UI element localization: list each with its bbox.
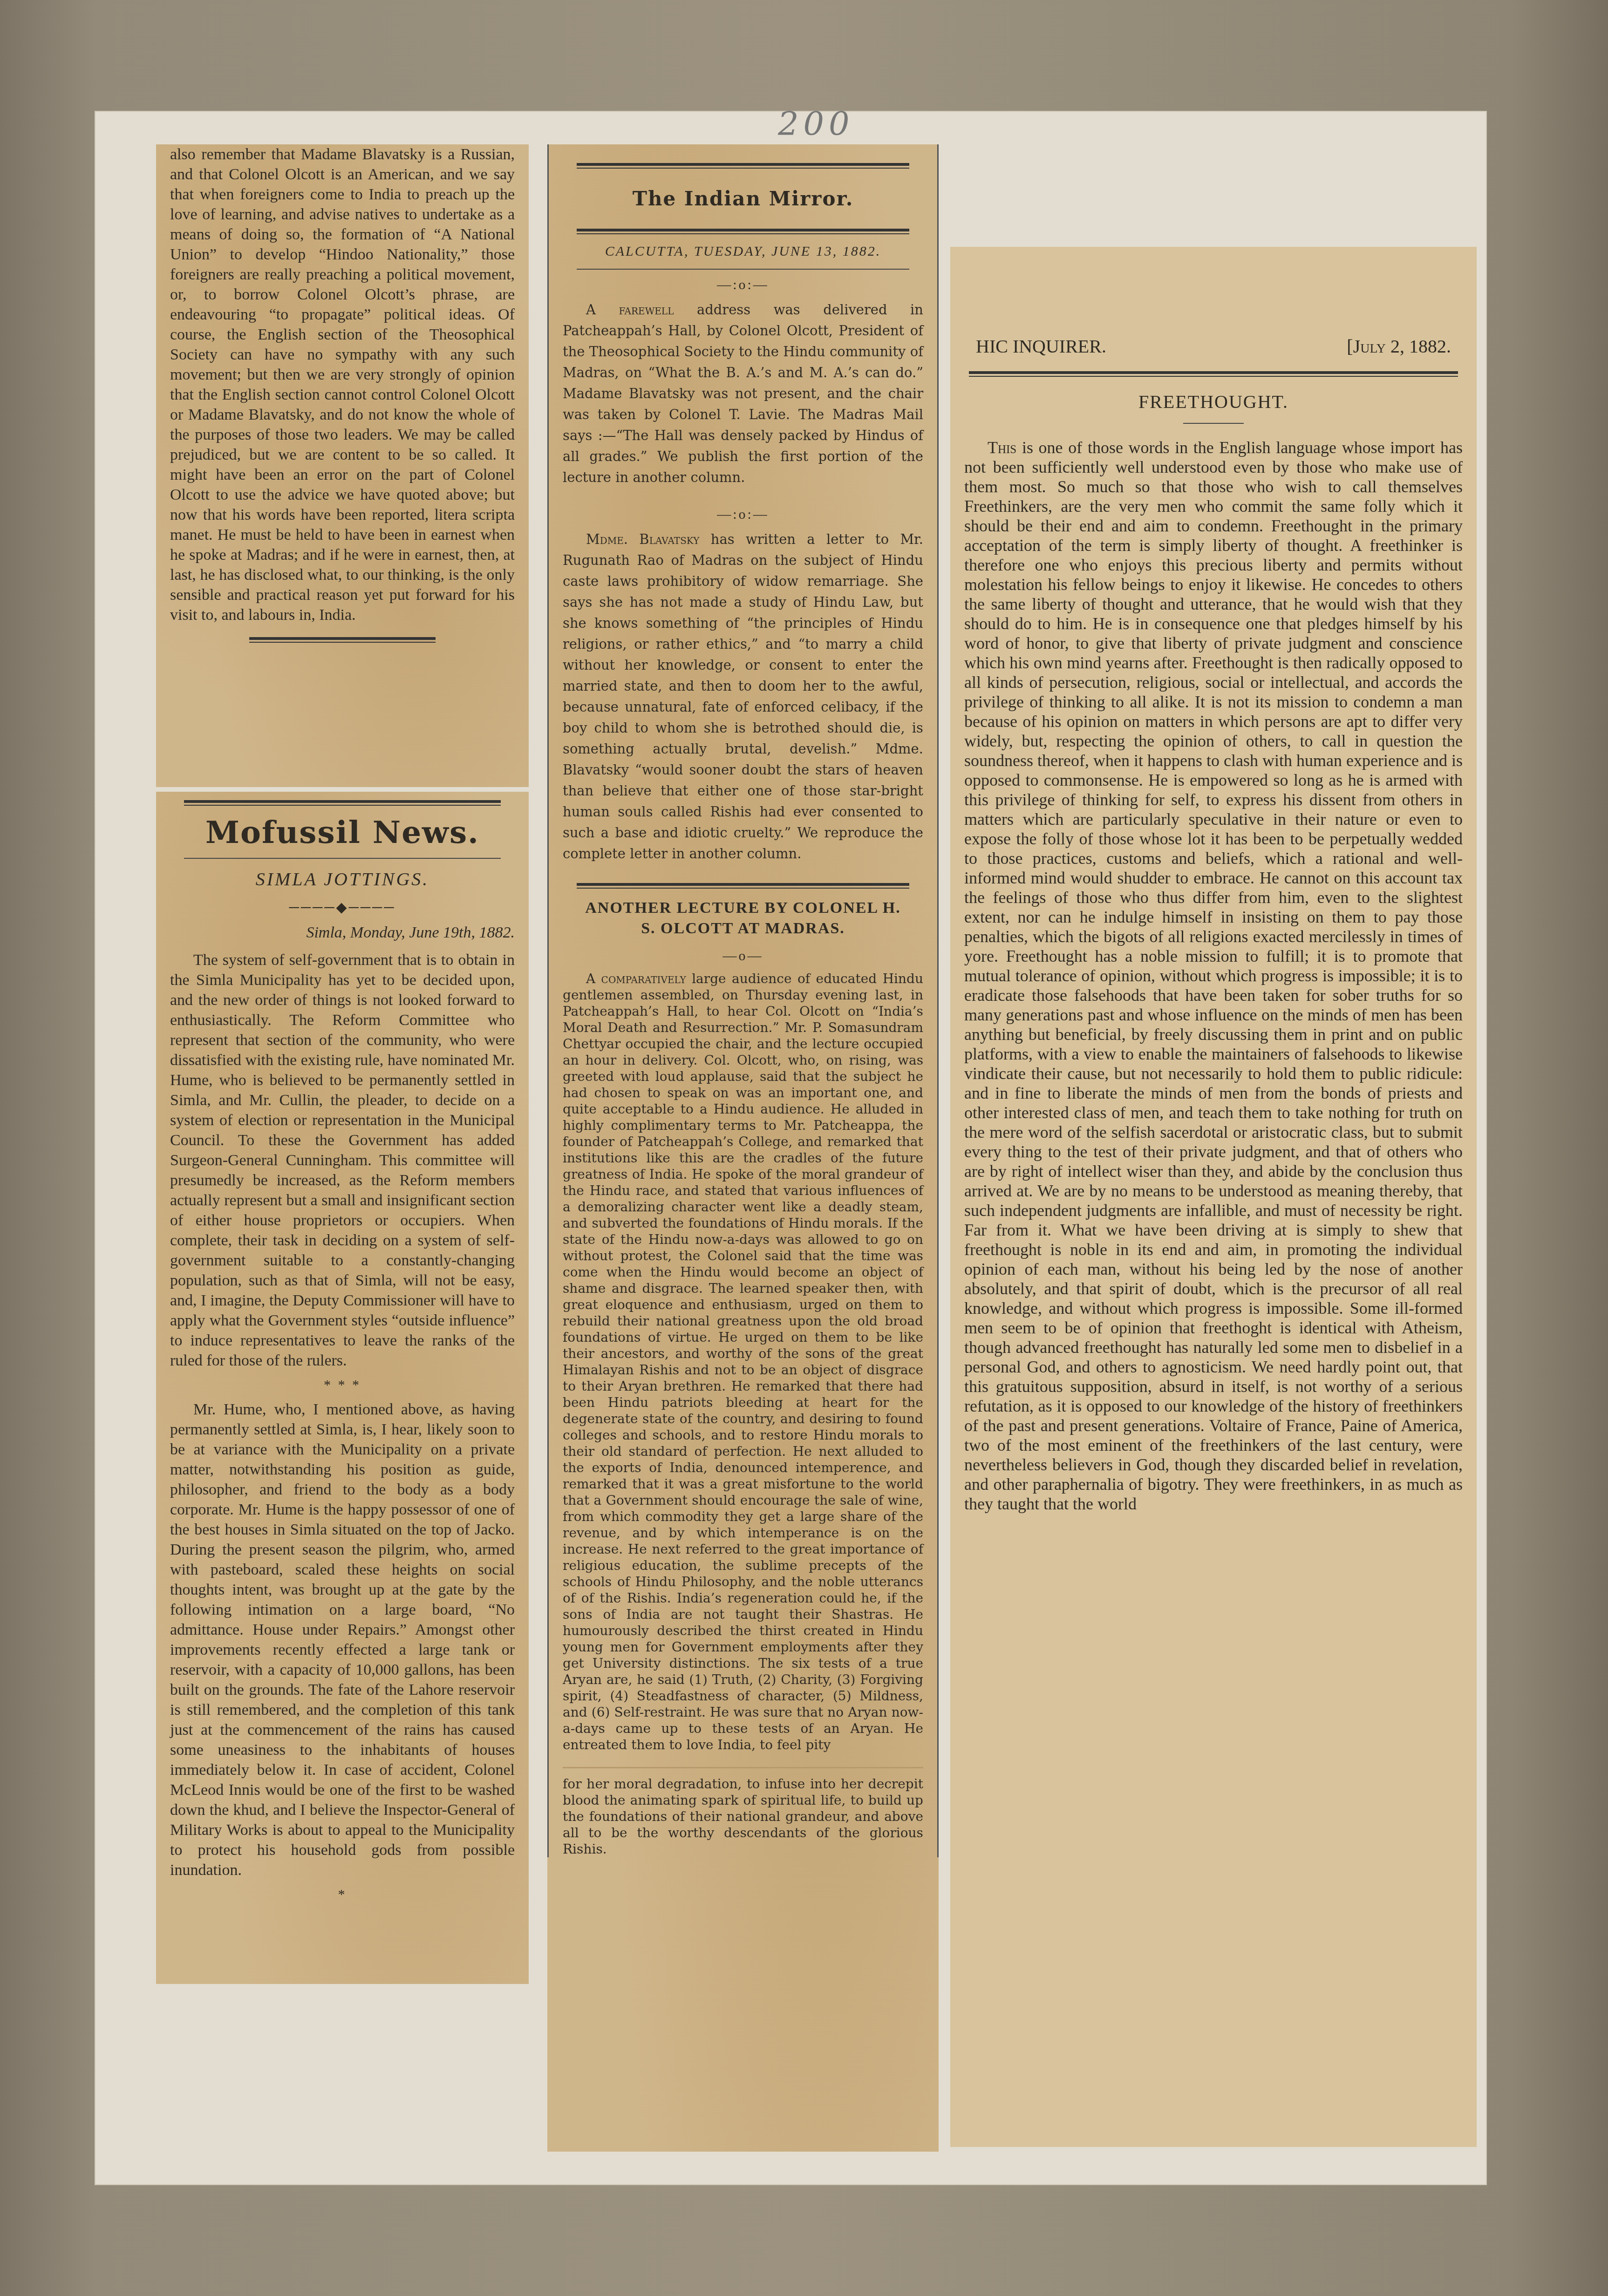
clipping-indian-mirror: The Indian Mirror. CALCUTTA, TUESDAY, JU… (547, 144, 939, 2152)
article-paragraph: The system of self-government that is to… (170, 950, 515, 1371)
running-head-title: HIC INQUIRER. (976, 335, 1106, 357)
double-rule (249, 637, 436, 643)
lecture-headline: ANOTHER LECTURE BY COLONEL H. S. OLCOTT … (577, 898, 909, 939)
double-rule (577, 883, 909, 889)
freethought-article: This is one of those words in the Englis… (964, 438, 1463, 1514)
masthead-mofussil-news: Mofussil News. (170, 814, 515, 850)
clipping-mofussil-news: Mofussil News. SIMLA JOTTINGS. ────◆────… (156, 792, 529, 1984)
double-rule (577, 229, 909, 234)
double-rule (969, 371, 1458, 377)
lead-words: A comparatively (586, 971, 686, 986)
editorial-paragraph: also remember that Madame Blavatsky is a… (170, 144, 515, 625)
short-rule (1183, 423, 1244, 424)
lead-words: This (988, 438, 1016, 457)
lecture-report: A comparatively large audience of educat… (563, 971, 923, 1753)
lead-words: Mdme. Blavatsky (586, 531, 699, 547)
diamond-ornament: ────◆──── (170, 899, 515, 916)
dateline: CALCUTTA, TUESDAY, JUNE 13, 1882. (563, 244, 923, 259)
lead-words: A farewell (586, 302, 674, 318)
ornament: —:o:— (563, 507, 923, 523)
dateline: Simla, Monday, June 19th, 1882. (170, 924, 515, 942)
article-title: FREETHOUGHT. (964, 391, 1463, 413)
double-rule (577, 163, 909, 169)
masthead-indian-mirror: The Indian Mirror. (563, 187, 923, 210)
news-item-blavatsky-letter: Mdme. Blavatsky has written a letter to … (563, 529, 923, 864)
rule (577, 269, 909, 270)
article-paragraph: Mr. Hume, who, I mentioned above, as hav… (170, 1399, 515, 1880)
clipping-theosophy-editorial: also remember that Madame Blavatsky is a… (156, 144, 529, 787)
double-rule (184, 800, 501, 806)
end-mark: * (170, 1887, 515, 1902)
news-item-farewell: A farewell address was delivered in Patc… (563, 299, 923, 488)
ornament: —:o:— (563, 277, 923, 293)
rule (184, 858, 501, 859)
page-number: 200 (778, 105, 854, 143)
lecture-continuation: for her moral degradation, to infuse int… (563, 1776, 923, 1857)
running-head: HIC INQUIRER. [July 2, 1882. (964, 335, 1463, 357)
running-head-date: [July 2, 1882. (1347, 335, 1451, 357)
section-title: SIMLA JOTTINGS. (170, 868, 515, 890)
ornament: —o— (563, 948, 923, 964)
clipping-freethought: HIC INQUIRER. [July 2, 1882. FREETHOUGHT… (950, 247, 1477, 2147)
asterism-separator: * * * (170, 1377, 515, 1393)
